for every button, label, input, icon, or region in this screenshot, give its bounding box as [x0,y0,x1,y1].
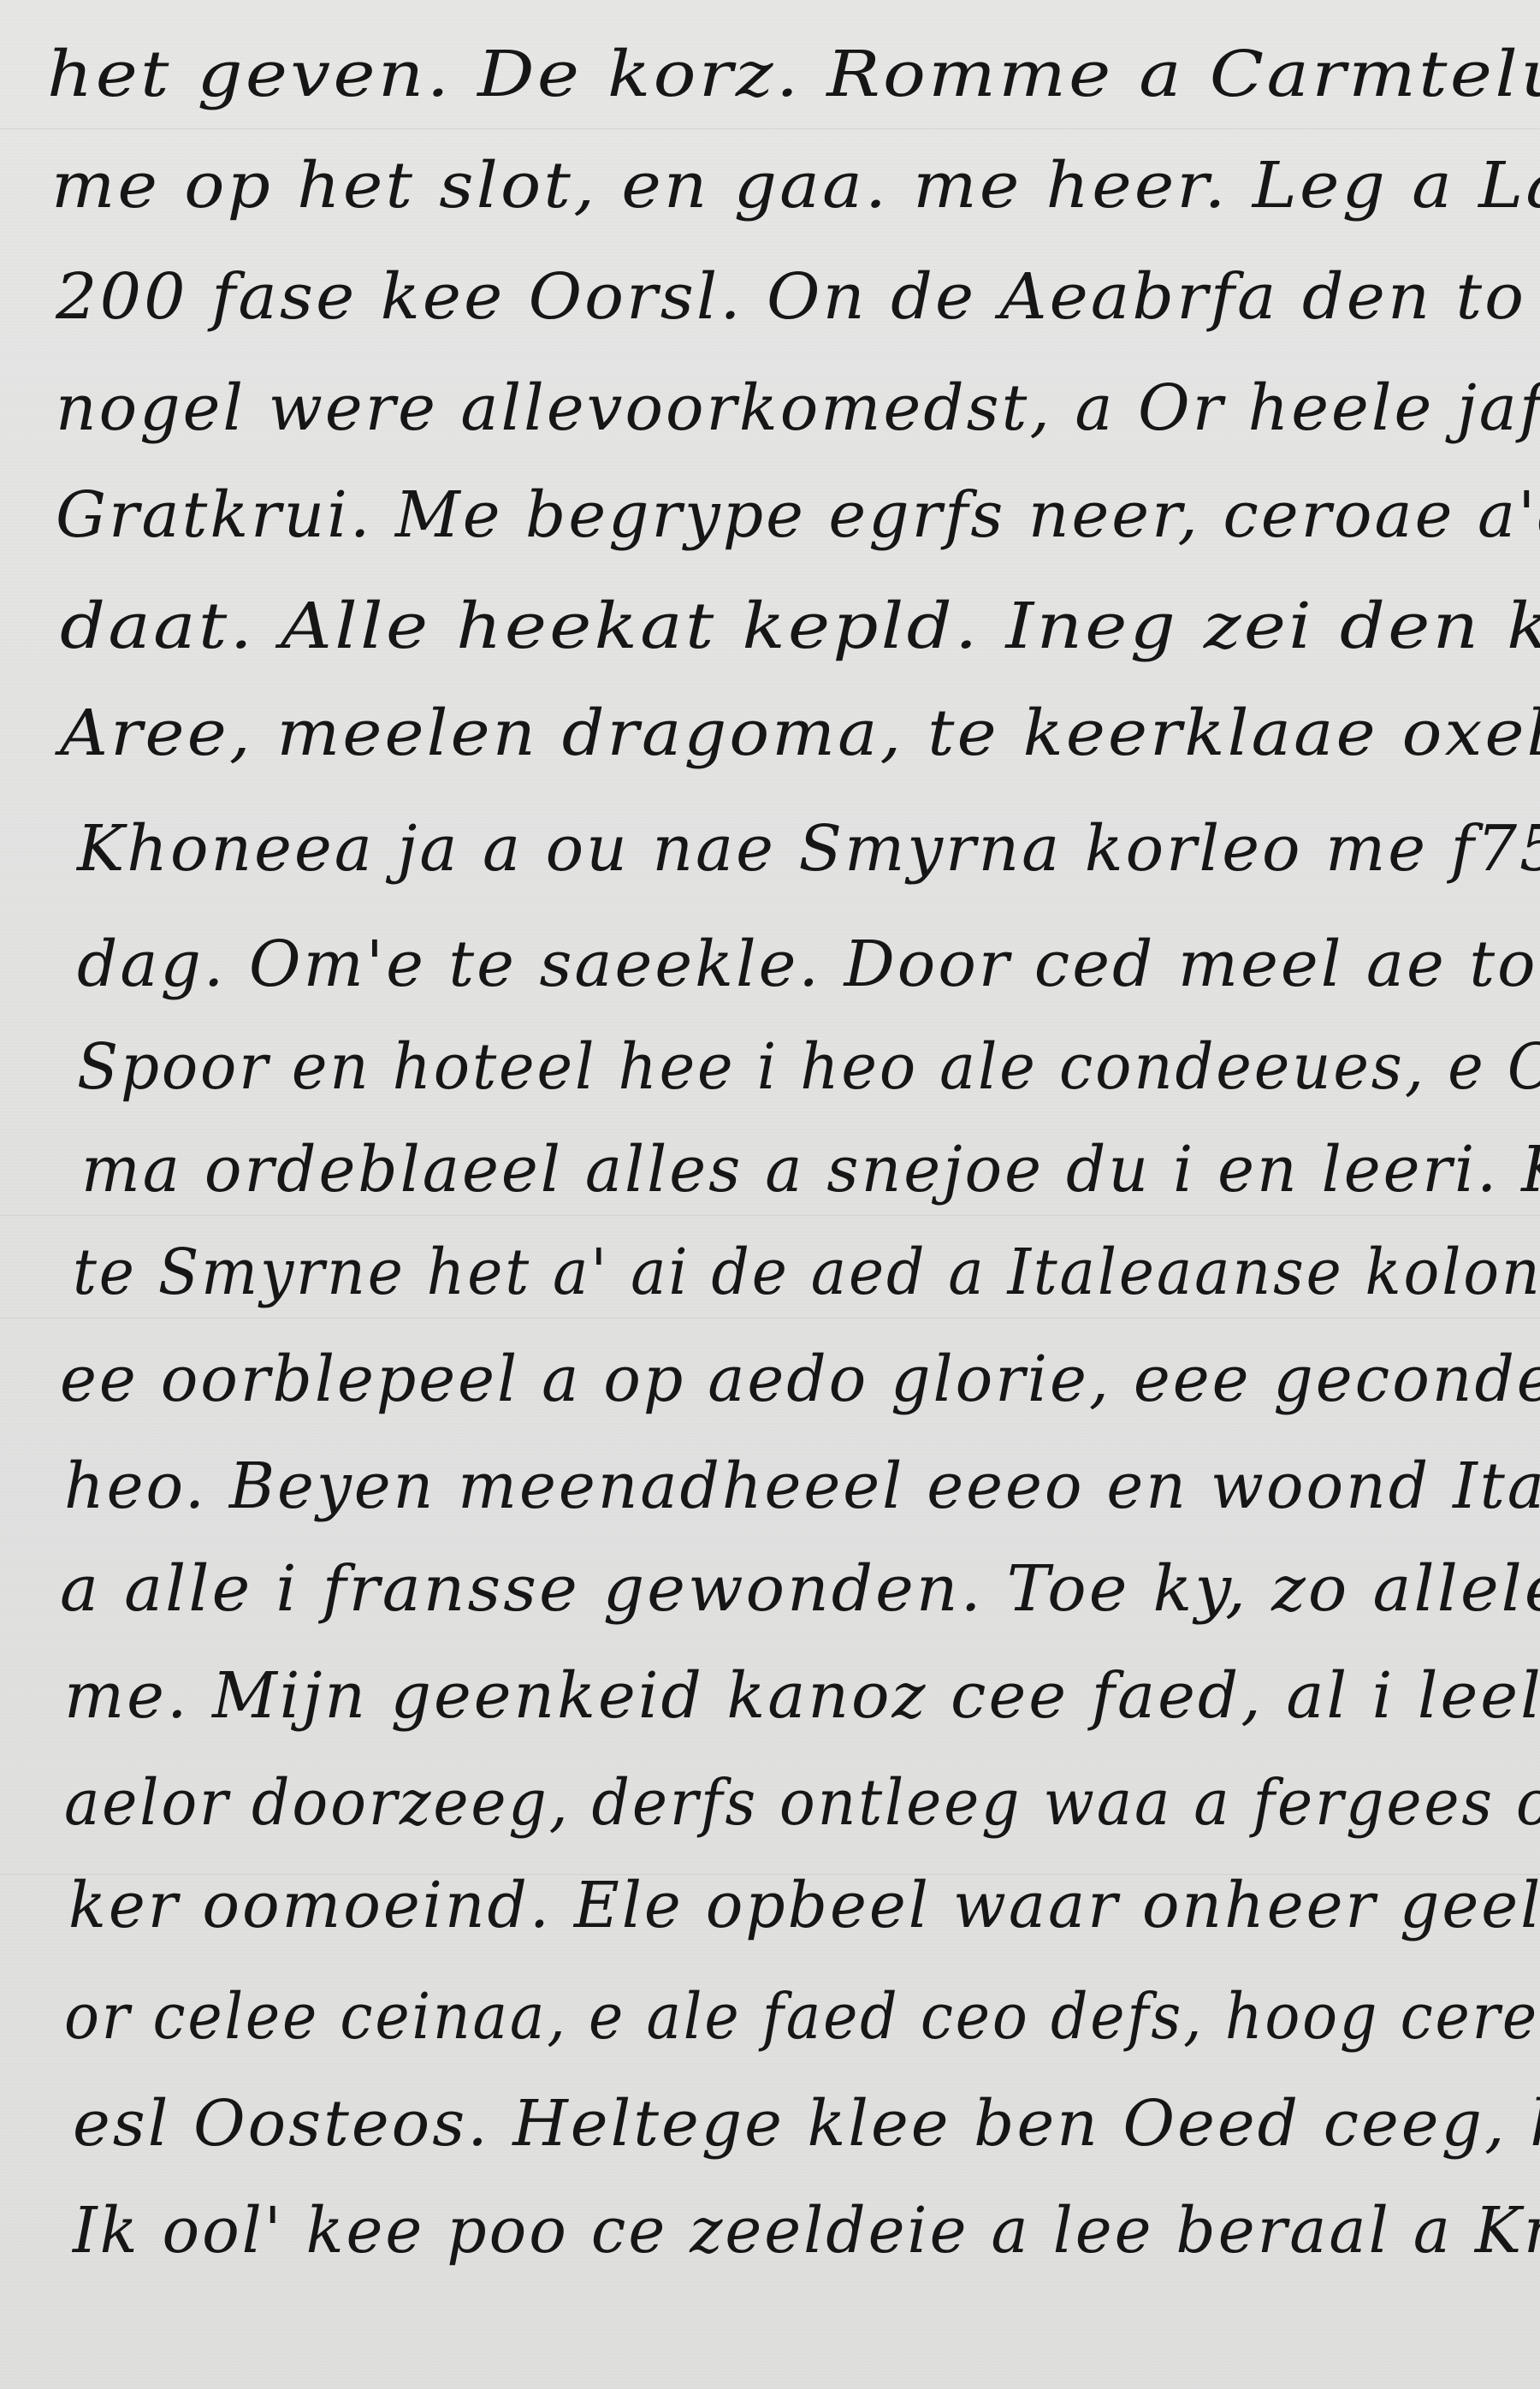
manuscript-line-6: daat. Alle heekat kepld. Ineg zei den kl… [60,595,1540,658]
ruled-line [0,1215,1540,1216]
manuscript-line-4: nogel were allevoorkomedst, a Or heele j… [56,376,1540,440]
manuscript-line-19: or celee ceinaa, e ale faed ceo defs, ho… [64,1985,1540,2048]
manuscript-line-8: Khoneea ja a ou nae Smyrna korleo me f75… [77,817,1540,880]
manuscript-page: het geven. De korz. Romme a Carmtelu ont… [0,0,1540,2389]
manuscript-line-10: Spoor en hoteel hee i heo ale condeeues,… [77,1035,1540,1099]
manuscript-line-5: Gratkrui. Me begrype egrfs neer, ceroae … [56,483,1540,547]
manuscript-line-21: Ik ool' kee poo ce zeeldeie a lee beraal… [73,2199,1540,2262]
manuscript-line-3: 200 fase kee Oorsl. On de Aeabrfa den to… [56,265,1540,329]
ruled-line [0,1318,1540,1319]
manuscript-line-17: aelor doorzeeg, derfs ontleeg waa a ferg… [64,1771,1540,1835]
ruled-line [0,128,1540,129]
manuscript-line-13: ee oorblepeel a op aedo glorie, eee geco… [60,1348,1540,1411]
manuscript-line-14: heo. Beyen meenadheeel eeeo en woond Ita… [64,1455,1540,1518]
manuscript-line-7: Aree, meelen dragoma, te keerklaae oxel … [60,702,1540,765]
manuscript-line-1: het geven. De korz. Romme a Carmtelu ont… [47,43,1540,106]
manuscript-line-15: a alle i fransse gewonden. Toe ky, zo al… [60,1557,1540,1621]
manuscript-line-12: te Smyrne het a' ai de aed a Italeaanse … [73,1241,1540,1304]
manuscript-line-16: me. Mijn geenkeid kanoz cee faed, al i l… [64,1664,1540,1728]
manuscript-line-18: ker oomoeind. Ele opbeel waar onheer gee… [68,1874,1540,1937]
manuscript-line-11: ma ordeblaeel alles a snejoe du i en lee… [81,1138,1540,1201]
manuscript-line-9: dag. Om'e te saeekle. Door ced meel ae t… [77,933,1540,996]
manuscript-line-20: esl Oosteos. Heltege klee ben Oeed ceeg,… [73,2092,1540,2155]
manuscript-line-2: me op het slot, en gaa. me heer. Leg a L… [51,154,1540,217]
